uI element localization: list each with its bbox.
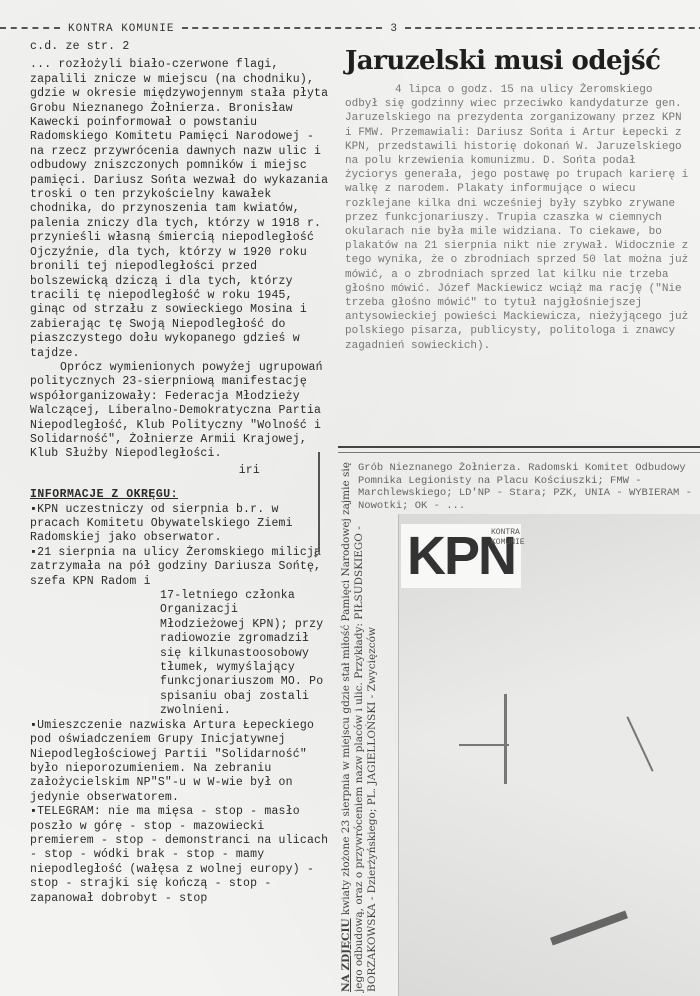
photo-detail [626,716,653,771]
article-paragraph: ... rozłożyli biało-czerwone flagi, zapa… [30,58,330,361]
header-dashes-middle [182,27,382,29]
photo-caption: Grób Nieznanego Żołnierza. Radomski Komi… [358,462,698,512]
article-paragraph: Oprócz wymienionych powyżej ugrupowań po… [30,361,330,462]
news-item-continued: 17-letniego członka Organizacji Młodzież… [30,589,330,719]
page-number: 3 [382,23,405,35]
header-dashes-right [405,27,700,29]
author-signature: iri [30,464,330,478]
news-item: KPN uczestniczy od sierpnia b.r. w praca… [30,503,330,546]
photo-sign-small-text: KONTRA KOMUNIE [491,528,531,548]
photo-detail [459,744,509,746]
vertical-photo-caption: NA ZDJĘCIU kwiaty złożone 23 sierpnia w … [340,452,379,992]
arrow-down-icon: ↓ [311,544,321,562]
header-dashes-left [0,27,60,29]
caption-lead: NA ZDJĘCIU [340,918,352,992]
document-page: KONTRA KOMUNIE3 c.d. ze str. 2 ... rozło… [0,0,700,996]
photo-detail [504,694,507,784]
continuation-note: c.d. ze str. 2 [30,40,330,54]
news-item: Umieszczenie nazwiska Artura Łepeckiego … [30,719,330,805]
photo: KPN KONTRA KOMUNIE [398,514,700,996]
page-header: KONTRA KOMUNIE3 [0,22,700,36]
photo-detail [550,911,628,946]
arrow-line [318,452,320,552]
article-paragraph: 4 lipca o godz. 15 na ulicy Żeromskiego … [345,83,690,353]
article-headline: Jaruzelski musi odejść [345,45,700,77]
publication-title: KONTRA KOMUNIE [60,23,182,35]
section-heading: INFORMACJE Z OKRĘGU: [30,488,330,502]
left-column: c.d. ze str. 2 ... rozłożyli biało-czerw… [30,40,330,906]
news-item: TELEGRAM: nie ma mięsa - stop - masło po… [30,805,330,906]
article-body: 4 lipca o godz. 15 na ulicy Żeromskiego … [345,83,690,353]
news-item: 21 sierpnia na ulicy Żeromskiego milicja… [30,546,330,589]
photo-section: ↓ Grób Nieznanego Żołnierza. Radomski Ko… [338,452,700,996]
right-column: Jaruzelski musi odejść 4 lipca o godz. 1… [345,45,700,353]
caption-text: kwiaty złożone 23 sierpnia w miejscu gdz… [340,462,378,992]
